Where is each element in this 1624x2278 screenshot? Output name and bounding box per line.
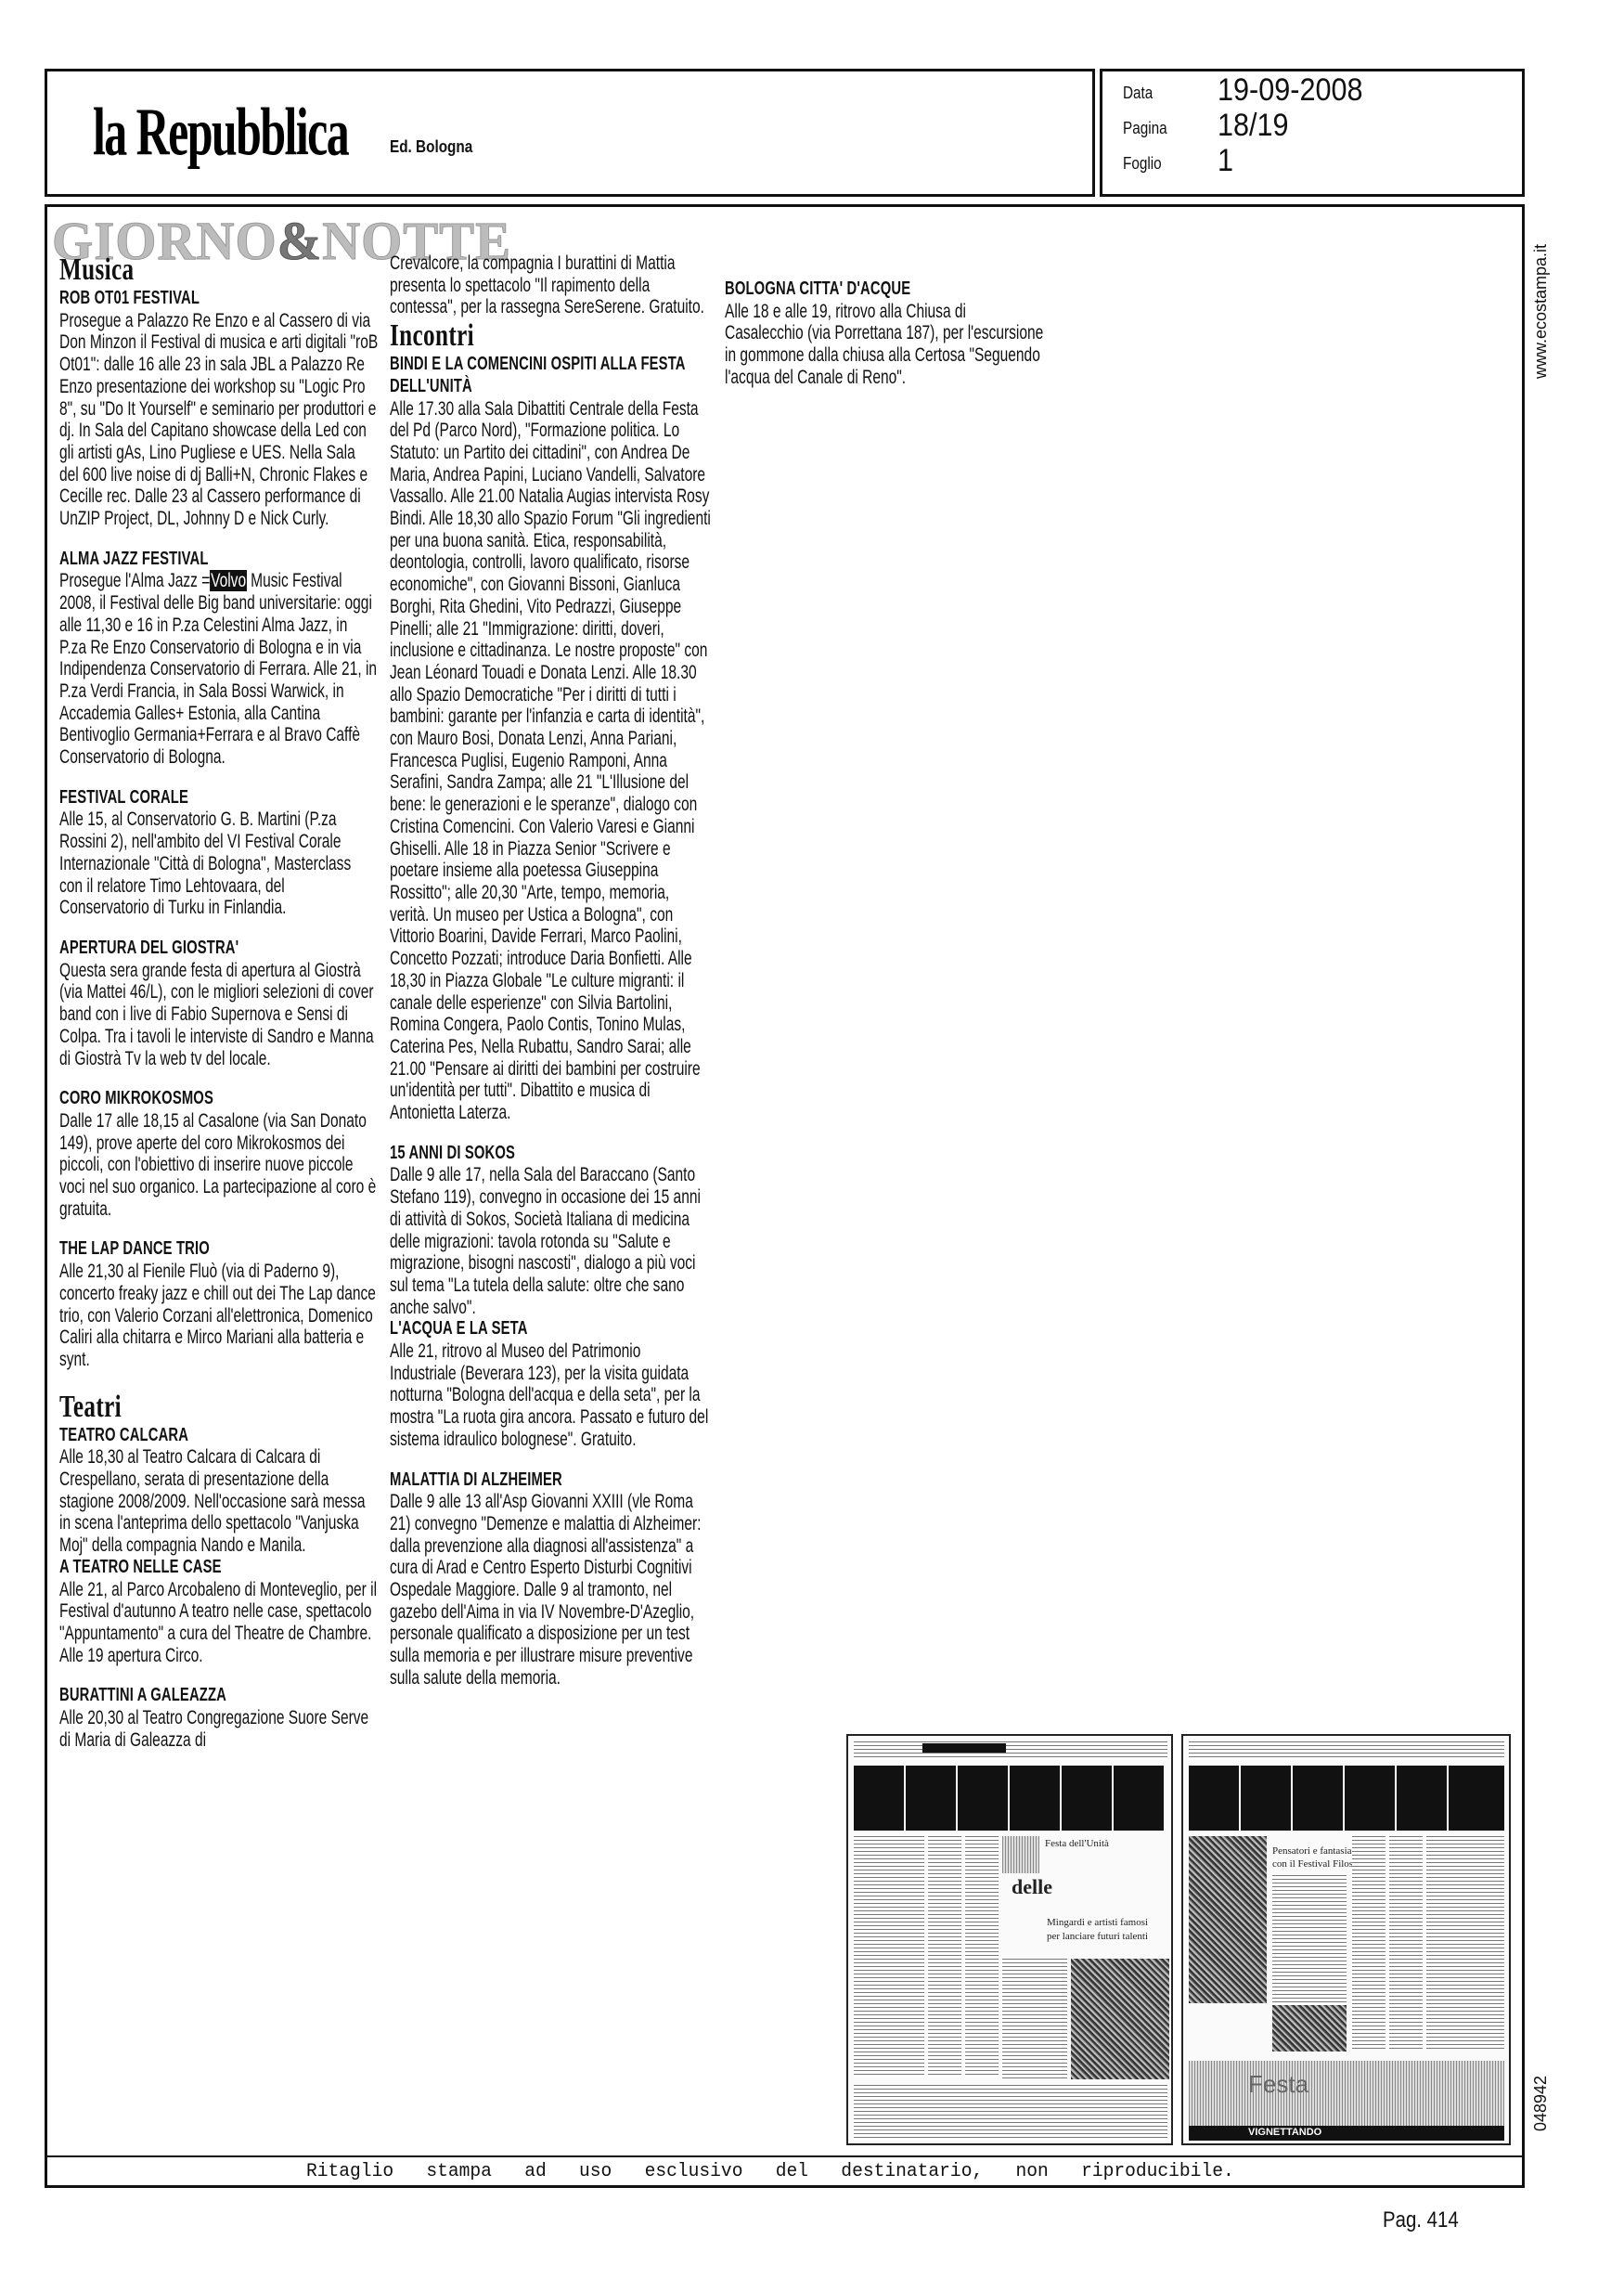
meta-label-pagina: Pagina (1123, 119, 1167, 138)
page-thumbnail-right: Pensatori e fantasia show con il Festiva… (1181, 1734, 1511, 2145)
article-headline: ALMA JAZZ FESTIVAL (59, 549, 378, 571)
article-body: Alle 17.30 alla Sala Dibattiti Centrale … (390, 398, 711, 1124)
article-body: Alle 18 e alle 19, ritrovo alla Chiusa d… (725, 301, 1046, 389)
article-headline: THE LAP DANCE TRIO (59, 1238, 378, 1261)
article-body: Dalle 9 alle 17, nella Sala del Baraccan… (390, 1164, 711, 1318)
meta-label-foglio: Foglio (1123, 154, 1162, 174)
thumbnail-title-word: delle (1012, 1875, 1052, 1899)
article-headline: 15 ANNI DI SOKOS (390, 1143, 711, 1165)
article-headline: L'ACQUA E LA SETA (390, 1318, 711, 1340)
column-1: Musica ROB OT01 FESTIVAL Prosegue a Pala… (59, 252, 378, 1769)
masthead-logo: la Repubblica (93, 93, 348, 172)
article-item: APERTURA DEL GIOSTRA' Questa sera grande… (59, 938, 378, 1069)
thumbnail-ad-label: VIGNETTANDO (1248, 2127, 1321, 2138)
article-headline: MALATTIA DI ALZHEIMER (390, 1469, 711, 1492)
article-item: FESTIVAL CORALE Alle 15, al Conservatori… (59, 787, 378, 919)
article-body: Prosegue a Palazzo Re Enzo e al Cassero … (59, 310, 378, 530)
article-body: Dalle 9 alle 13 all'Asp Giovanni XXIII (… (390, 1491, 711, 1689)
page-thumbnail-left: Festa dell'Unità delle Mingardi e artist… (846, 1734, 1173, 2145)
article-item: MALATTIA DI ALZHEIMER Dalle 9 alle 13 al… (390, 1469, 711, 1689)
column-3: BOLOGNA CITTA' D'ACQUE Alle 18 e alle 19… (725, 278, 1046, 408)
article-item: ROB OT01 FESTIVAL Prosegue a Palazzo Re … (59, 288, 378, 530)
article-headline: A TEATRO NELLE CASE (59, 1557, 378, 1579)
article-body: Alle 21, al Parco Arcobaleno di Monteveg… (59, 1579, 378, 1667)
article-body: Questa sera grande festa di apertura al … (59, 960, 378, 1070)
thumbnail-banner-word: Festa (1248, 2070, 1308, 2099)
article-body: Alle 21,30 al Fienile Fluò (via di Pader… (59, 1261, 378, 1371)
article-headline: ROB OT01 FESTIVAL (59, 288, 378, 310)
article-item: 15 ANNI DI SOKOS Dalle 9 alle 17, nella … (390, 1143, 711, 1319)
article-body: Alle 15, al Conservatorio G. B. Martini … (59, 809, 378, 919)
article-item: L'ACQUA E LA SETA Alle 21, ritrovo al Mu… (390, 1318, 711, 1450)
article-headline: TEATRO CALCARA (59, 1425, 378, 1447)
meta-value-data: 19-09-2008 (1218, 72, 1363, 109)
margin-code: 048942 (1531, 2076, 1551, 2131)
article-item: BOLOGNA CITTA' D'ACQUE Alle 18 e alle 19… (725, 278, 1046, 389)
section-title-musica: Musica (59, 252, 378, 288)
meta-label-data: Data (1123, 84, 1153, 103)
margin-site-url: www.ecostampa.it (1531, 244, 1551, 379)
article-item: THE LAP DANCE TRIO Alle 21,30 al Fienile… (59, 1238, 378, 1370)
article-body: Prosegue l'Alma Jazz =Volvo Music Festiv… (59, 570, 378, 768)
edition-label: Ed. Bologna (390, 137, 472, 157)
article-headline: BOLOGNA CITTA' D'ACQUE (725, 278, 1046, 301)
footer-divider (45, 2155, 1525, 2157)
article-continuation: Crevalcore, la compagnia I burattini di … (390, 252, 711, 318)
article-body: Alle 21, ritrovo al Museo del Patrimonio… (390, 1340, 711, 1451)
article-item: BINDI E LA COMENCINI OSPITI ALLA FESTA D… (390, 354, 711, 1124)
article-headline: FESTIVAL CORALE (59, 787, 378, 809)
section-title-incontri: Incontri (390, 318, 711, 354)
page-number: Pag. 414 (1383, 2207, 1459, 2233)
copyright-note: Ritaglio stampa ad uso esclusivo del des… (306, 2161, 1234, 2182)
column-2: Crevalcore, la compagnia I burattini di … (390, 252, 711, 1708)
article-body: Alle 20,30 al Teatro Congregazione Suore… (59, 1707, 378, 1751)
article-headline: BURATTINI A GALEAZZA (59, 1685, 378, 1707)
thumbnail-kicker: Festa dell'Unità (1045, 1838, 1109, 1849)
meta-value-foglio: 1 (1218, 143, 1233, 179)
highlighted-keyword: Volvo (210, 570, 246, 591)
thumbnail-headline-1: Mingardi e artisti famosi (1047, 1917, 1148, 1928)
article-item: BURATTINI A GALEAZZA Alle 20,30 al Teatr… (59, 1685, 378, 1751)
article-body-text: Music Festival 2008, il Festival delle B… (59, 570, 377, 768)
article-headline: BINDI E LA COMENCINI OSPITI ALLA FESTA D… (390, 354, 711, 397)
article-item: A TEATRO NELLE CASE Alle 21, al Parco Ar… (59, 1557, 378, 1667)
article-body: Alle 18,30 al Teatro Calcara di Calcara … (59, 1446, 378, 1557)
article-body: Dalle 17 alle 18,15 al Casalone (via San… (59, 1110, 378, 1221)
article-headline: CORO MIKROKOSMOS (59, 1088, 378, 1110)
article-item: CORO MIKROKOSMOS Dalle 17 alle 18,15 al … (59, 1088, 378, 1220)
article-body-text: Prosegue l'Alma Jazz = (59, 570, 210, 591)
article-headline: APERTURA DEL GIOSTRA' (59, 938, 378, 960)
meta-value-pagina: 18/19 (1218, 108, 1289, 144)
thumbnail-headline-2: per lanciare futuri talenti (1047, 1931, 1148, 1942)
article-item: TEATRO CALCARA Alle 18,30 al Teatro Calc… (59, 1425, 378, 1557)
section-title-teatri: Teatri (59, 1390, 378, 1425)
article-item: ALMA JAZZ FESTIVAL Prosegue l'Alma Jazz … (59, 549, 378, 769)
